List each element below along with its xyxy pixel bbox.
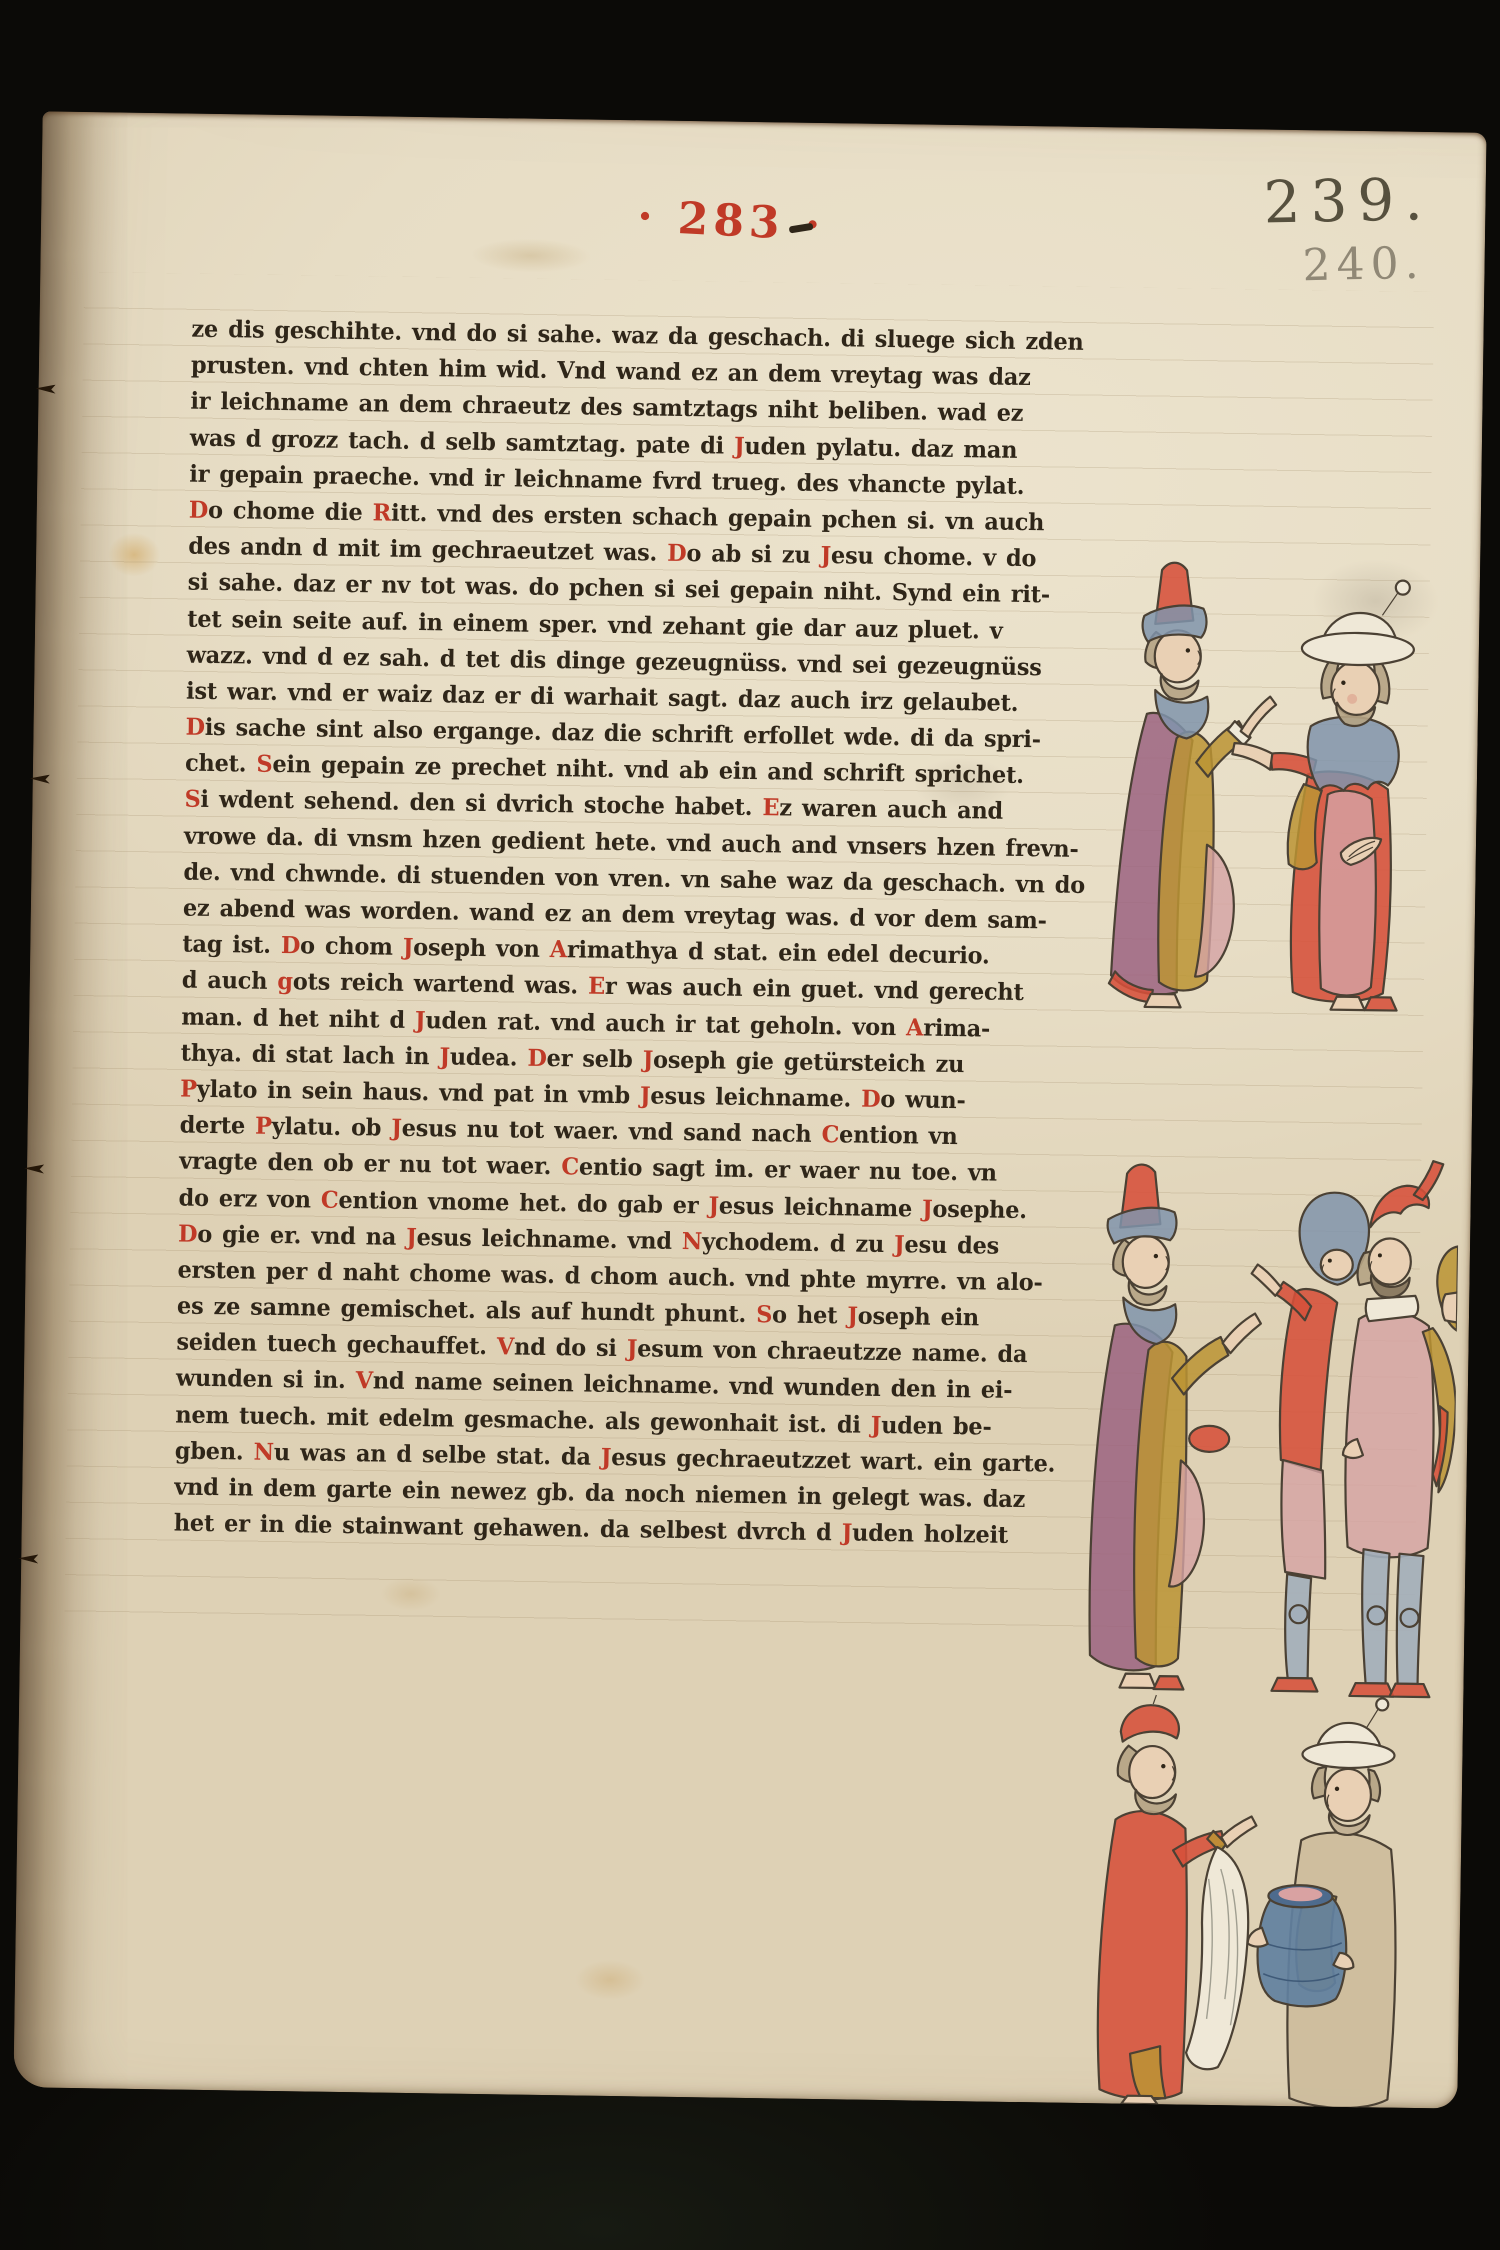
miniature-men-with-shroud-and-jar (1031, 1686, 1457, 2108)
parchment-stain (381, 1577, 441, 1612)
pointing-hand (1241, 696, 1277, 738)
pointing-hand (1221, 1816, 1256, 1848)
white-shroud (1186, 1847, 1250, 2070)
figure-prophet-pointing (1088, 1164, 1263, 1691)
brim-hat (1302, 1741, 1394, 1768)
miniature-man-addressing-soldiers (1031, 1138, 1459, 1704)
pointing-hand (1232, 743, 1272, 770)
figure-nicodemus-with-jar (1245, 1697, 1399, 2109)
sewing-station (30, 774, 50, 783)
parchment-stain (470, 238, 590, 274)
figure-partial-bystander (1437, 1246, 1459, 1330)
folio-number-rubric: · 283 · (636, 191, 826, 251)
foliation-pencil-number: 240. (1302, 238, 1425, 291)
manuscript-photo: · 283 · 239. 240. ze dis geschihte. vnd … (0, 0, 1500, 2250)
figure-joseph-with-shroud (1097, 1694, 1259, 2105)
sewing-station (24, 1164, 44, 1173)
sewing-station (36, 384, 56, 393)
parchment-stain (108, 532, 161, 577)
miniature-two-men-conversing (1054, 547, 1461, 1033)
red-cap-under-arm (1189, 1426, 1229, 1453)
figure-man-in-brim-hat (1229, 578, 1415, 1011)
sewing-station (18, 1554, 38, 1563)
foliation-ink-number: 239. (1263, 165, 1433, 236)
brim-hat (1302, 632, 1414, 666)
text-block: ze dis geschihte. vnd do si sahe. waz da… (174, 311, 1078, 1554)
binding-gutter (13, 111, 120, 2088)
pointing-hand (1222, 1313, 1261, 1354)
pointing-hand (1251, 1264, 1281, 1295)
parchment-stain (575, 1960, 646, 2001)
figure-prophet-pointing (1109, 562, 1279, 1009)
manuscript-page: · 283 · 239. 240. ze dis geschihte. vnd … (13, 111, 1486, 2108)
red-cap (1121, 1705, 1180, 1743)
